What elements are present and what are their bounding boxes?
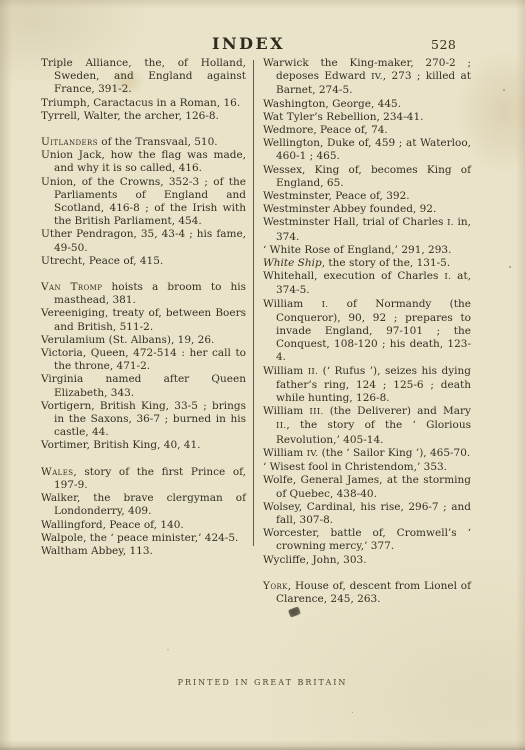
index-entry: Wedmore, Peace of, 74. (263, 124, 471, 137)
index-entry: Triple Alliance, the, of Holland, Sweden… (41, 57, 246, 97)
index-entry: Westminster Hall, trial of Charles I. in… (263, 216, 471, 243)
index-entry: Union, of the Crowns, 352-3 ; of the Par… (41, 176, 246, 229)
index-entry-text: Westminster Abbey founded, 92. (263, 203, 436, 215)
index-entry-text: Union Jack, how the flag was made, and w… (41, 149, 246, 174)
index-entry: Whitehall, execution of Charles I. at, 3… (263, 270, 471, 297)
index-entry-text: of the Transvaal, 510. (98, 136, 218, 148)
index-entry: William IV. (the ‘ Sailor King ’), 465-7… (263, 447, 471, 461)
index-entry: Verulamium (St. Albans), 19, 26. (41, 334, 246, 347)
index-entry-text: Van Tromp (41, 281, 102, 293)
paper-speck (503, 89, 505, 91)
index-entry: Triumph, Caractacus in a Roman, 16. (41, 97, 246, 110)
index-entry-text: Tyrrell, Walter, the archer, 126-8. (41, 110, 219, 122)
index-entry: Tyrrell, Walter, the archer, 126-8. (41, 110, 246, 123)
index-entry-text: (the ‘ Sailor King ’), 465-70. (318, 447, 470, 459)
index-entry: Westminster, Peace of, 392. (263, 190, 471, 203)
page-header: INDEX (0, 34, 497, 53)
index-entry: Victoria, Queen, 472-514 : her call to t… (41, 347, 246, 373)
index-entry-text: Wat Tyler’s Rebellion, 234-41. (263, 111, 423, 123)
paper-speck (352, 712, 353, 713)
index-entry: Wellington, Duke of, 459 ; at Waterloo, … (263, 137, 471, 163)
index-entry-text: , story of the first Prince of, 197-9. (54, 466, 246, 491)
index-entry: Vortigern, British King, 33-5 ; brings i… (41, 400, 246, 440)
index-entry: Virginia named after Queen Elizabeth, 34… (41, 373, 246, 399)
index-entry-text: William (263, 298, 322, 310)
index-entry: Wolsey, Cardinal, his rise, 296-7 ; and … (263, 501, 471, 527)
index-entry-text: Walker, the brave clergyman of Londonder… (41, 492, 246, 517)
index-entry-text: , the story of the, 131-5. (322, 257, 450, 269)
index-entry-text: Triumph, Caractacus in a Roman, 16. (41, 97, 240, 109)
column-divider (253, 60, 254, 546)
index-entry-text: Wellington, Duke of, 459 ; at Waterloo, … (263, 137, 471, 162)
page-number: 528 (431, 37, 456, 52)
index-entry: Worcester, battle of, Cromwell’s ‘ crown… (263, 527, 471, 553)
page-title: INDEX (212, 34, 285, 53)
index-entry-text: ‘ White Rose of England,’ 291, 293. (263, 244, 451, 256)
index-entry-text: Wales (41, 466, 73, 478)
index-entry: Utrecht, Peace of, 415. (41, 255, 246, 268)
index-entry-text: Waltham Abbey, 113. (41, 545, 153, 557)
index-entry: Wolfe, General James, at the storming of… (263, 474, 471, 500)
index-entry: Wessex, King of, becomes King of England… (263, 164, 471, 190)
index-entry: Van Tromp hoists a broom to his masthead… (41, 281, 246, 307)
index-entry-text: Washington, George, 445. (263, 98, 401, 110)
index-entry-text: Wolsey, Cardinal, his rise, 296-7 ; and … (263, 501, 471, 526)
paper-speck (509, 266, 511, 268)
index-entry: Washington, George, 445. (263, 98, 471, 111)
index-entry: Uitlanders of the Transvaal, 510. (41, 136, 246, 149)
index-entry-text: II. (276, 421, 286, 431)
index-entry: Vortimer, British King, 40, 41. (41, 439, 246, 452)
index-entry-text: Union, of the Crowns, 352-3 ; of the Par… (41, 176, 246, 228)
index-entry-text: Victoria, Queen, 472-514 : her call to t… (41, 347, 246, 372)
index-entry-text: Vereeniging, treaty of, between Boers an… (41, 307, 246, 332)
index-entry: York, House of, descent from Lionel of C… (263, 580, 471, 606)
index-entry: Wallingford, Peace of, 140. (41, 519, 246, 532)
index-entry: ‘ White Rose of England,’ 291, 293. (263, 244, 471, 257)
index-entry: Warwick the King-maker, 270-2 ; deposes … (263, 57, 471, 98)
index-entry-text: IV. (371, 72, 383, 82)
index-entry: Wales, story of the first Prince of, 197… (41, 466, 246, 492)
index-entry-text: White Ship (263, 257, 322, 269)
index-entry-text: Wessex, King of, becomes King of England… (263, 164, 471, 189)
index-entry: Wat Tyler’s Rebellion, 234-41. (263, 111, 471, 124)
index-entry-text: Wedmore, Peace of, 74. (263, 124, 388, 136)
index-entry-text: III. (309, 407, 323, 417)
index-entry-text: Westminster Hall, trial of Charles (263, 216, 447, 228)
index-entry-text: (the Deliverer) and Mary (324, 405, 471, 417)
index-column-left: Triple Alliance, the, of Holland, Sweden… (41, 57, 246, 558)
index-entry-text: Wycliffe, John, 303. (263, 554, 367, 566)
index-entry: Waltham Abbey, 113. (41, 545, 246, 558)
index-entry-text: Wallingford, Peace of, 140. (41, 519, 184, 531)
index-entry: William III. (the Deliverer) and Mary II… (263, 405, 471, 447)
index-entry-text: Worcester, battle of, Cromwell’s ‘ crown… (263, 527, 471, 552)
index-entry-text: ‘ Wisest fool in Christendom,’ 353. (263, 461, 447, 473)
index-entry: ‘ Wisest fool in Christendom,’ 353. (263, 461, 471, 474)
index-entry-text: Wolfe, General James, at the storming of… (263, 474, 471, 499)
index-entry-text: , House of, descent from Lionel of Clare… (276, 580, 471, 605)
index-entry: Westminster Abbey founded, 92. (263, 203, 471, 216)
index-entry-text: York (263, 580, 288, 592)
index-entry: Wycliffe, John, 303. (263, 554, 471, 567)
index-entry-text: Virginia named after Queen Elizabeth, 34… (41, 373, 246, 398)
index-entry-text: Triple Alliance, the, of Holland, Sweden… (41, 57, 246, 95)
index-entry-text: , the story of the ‘ Glorious Revolution… (276, 419, 471, 445)
index-entry-text: IV. (307, 449, 319, 459)
index-entry-text: Utrecht, Peace of, 415. (41, 255, 163, 267)
index-entry-text: William (263, 405, 309, 417)
index-entry: Union Jack, how the flag was made, and w… (41, 149, 246, 175)
index-entry: William I. of Normandy (the Conqueror), … (263, 298, 471, 365)
index-entry-text: Vortigern, British King, 33-5 ; brings i… (41, 400, 246, 438)
index-entry: White Ship, the story of the, 131-5. (263, 257, 471, 270)
index-column-right: Warwick the King-maker, 270-2 ; deposes … (263, 57, 471, 606)
index-entry-text: Uther Pendragon, 35, 43-4 ; his fame, 49… (41, 228, 246, 253)
paper-speck (167, 649, 169, 650)
index-entry: Walker, the brave clergyman of Londonder… (41, 492, 246, 518)
index-entry-text: William (263, 365, 308, 377)
ink-blemish (288, 606, 301, 617)
index-entry: Uther Pendragon, 35, 43-4 ; his fame, 49… (41, 228, 246, 254)
index-entry-text: William (263, 447, 307, 459)
index-entry-text: Verulamium (St. Albans), 19, 26. (41, 334, 214, 346)
index-entry-text: II. (308, 367, 318, 377)
index-entry-text: Westminster, Peace of, 392. (263, 190, 410, 202)
printer-imprint: PRINTED IN GREAT BRITAIN (0, 678, 525, 687)
index-entry: William II. (‘ Rufus ’), seizes his dyin… (263, 365, 471, 406)
index-entry-text: I. (447, 218, 454, 228)
index-entry-text: Whitehall, execution of Charles (263, 270, 444, 282)
index-entry-text: Uitlanders (41, 136, 98, 148)
index-entry: Vereeniging, treaty of, between Boers an… (41, 307, 246, 333)
book-page: INDEX 528 Triple Alliance, the, of Holla… (0, 0, 525, 750)
index-entry-text: Vortimer, British King, 40, 41. (41, 439, 201, 451)
index-entry: Walpole, the ‘ peace minister,’ 424-5. (41, 532, 246, 545)
index-entry-text: Walpole, the ‘ peace minister,’ 424-5. (41, 532, 238, 544)
